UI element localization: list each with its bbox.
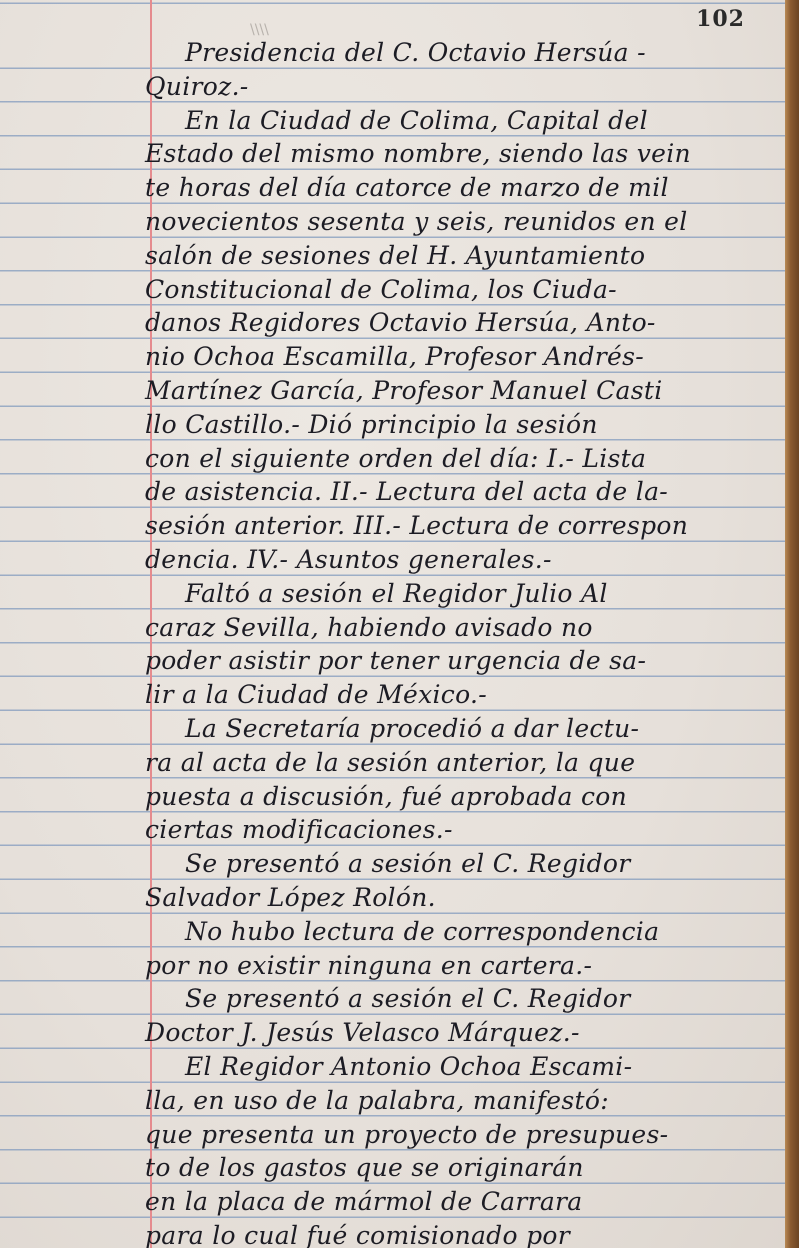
manuscript-line: que presenta un proyecto de presupues- — [145, 1118, 765, 1152]
ledger-page: \\\\ 102 Presidencia del C. Octavio Hers… — [0, 0, 785, 1248]
manuscript-line: puesta a discusión, fué aprobada con — [145, 780, 765, 814]
manuscript-line: poder asistir por tener urgencia de sa- — [145, 644, 765, 678]
manuscript-line: llo Castillo.- Dió principio la sesión — [145, 408, 765, 442]
manuscript-line: ra al acta de la sesión anterior, la que — [145, 746, 765, 780]
manuscript-line: dencia. IV.- Asuntos generales.- — [145, 543, 765, 577]
book-binding-edge — [785, 0, 799, 1248]
manuscript-line: Quiroz.- — [145, 70, 765, 104]
manuscript-line: Constitucional de Colima, los Ciuda- — [145, 273, 765, 307]
page-number: 102 — [696, 6, 745, 32]
manuscript-line: nio Ochoa Escamilla, Profesor Andrés- — [145, 340, 765, 374]
manuscript-line: Estado del mismo nombre, siendo las vein — [145, 137, 765, 171]
manuscript-line: No hubo lectura de correspondencia — [145, 915, 765, 949]
manuscript-line: Martínez García, Profesor Manuel Casti — [145, 374, 765, 408]
manuscript-line: ciertas modificaciones.- — [145, 813, 765, 847]
manuscript-line: sesión anterior. III.- Lectura de corres… — [145, 509, 765, 543]
manuscript-line: en la placa de mármol de Carrara — [145, 1185, 765, 1219]
manuscript-line: por no existir ninguna en cartera.- — [145, 949, 765, 983]
manuscript-line: Salvador López Rolón. — [145, 881, 765, 915]
manuscript-line: Se presentó a sesión el C. Regidor — [145, 982, 765, 1016]
manuscript-line: lla, en uso de la palabra, manifestó: — [145, 1084, 765, 1118]
manuscript-line: En la Ciudad de Colima, Capital del — [145, 104, 765, 138]
manuscript-line: te horas del día catorce de marzo de mil — [145, 171, 765, 205]
manuscript-line: to de los gastos que se originarán — [145, 1151, 765, 1185]
manuscript-line: novecientos sesenta y seis, reunidos en … — [145, 205, 765, 239]
manuscript-line: El Regidor Antonio Ochoa Escami- — [145, 1050, 765, 1084]
manuscript-line: Doctor J. Jesús Velasco Márquez.- — [145, 1016, 765, 1050]
manuscript-line: de asistencia. II.- Lectura del acta de … — [145, 475, 765, 509]
handwritten-minutes: Presidencia del C. Octavio Hersúa -Quiro… — [145, 36, 765, 1248]
manuscript-line: para lo cual fué comisionado por — [145, 1219, 765, 1248]
manuscript-line: con el siguiente orden del día: I.- List… — [145, 442, 765, 476]
manuscript-line: La Secretaría procedió a dar lectu- — [145, 712, 765, 746]
manuscript-line: Se presentó a sesión el C. Regidor — [145, 847, 765, 881]
manuscript-line: danos Regidores Octavio Hersúa, Anto- — [145, 306, 765, 340]
manuscript-line: Faltó a sesión el Regidor Julio Al — [145, 577, 765, 611]
manuscript-line: salón de sesiones del H. Ayuntamiento — [145, 239, 765, 273]
manuscript-line: caraz Sevilla, habiendo avisado no — [145, 611, 765, 645]
manuscript-line: lir a la Ciudad de México.- — [145, 678, 765, 712]
manuscript-line: Presidencia del C. Octavio Hersúa - — [145, 36, 765, 70]
